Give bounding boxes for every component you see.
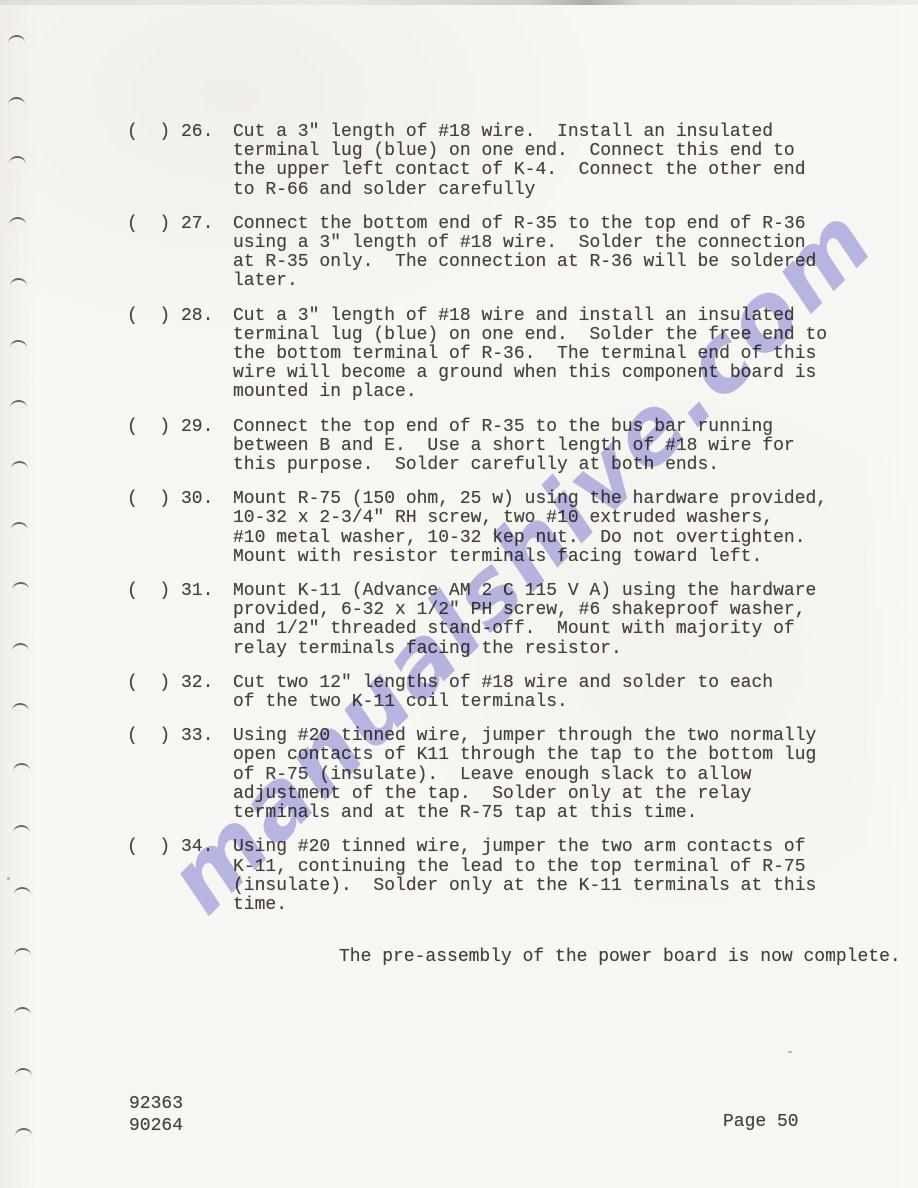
step-text-line: 10-32 x 2-3/4" RH screw, two #10 extrude… <box>233 509 827 528</box>
document-codes: 92363 90264 <box>129 1094 183 1137</box>
step-text-line: Mount with resistor terminals facing tow… <box>233 548 827 567</box>
scan-speck <box>788 1051 792 1053</box>
step-item: ( ) 33.Using #20 tinned wire, jumper thr… <box>127 727 878 823</box>
step-text: Mount R-75 (150 ohm, 25 w) using the har… <box>233 490 827 567</box>
binding-hole-mark <box>11 522 28 531</box>
step-text-line: #10 metal washer, 10-32 kep nut. Do not … <box>233 529 827 548</box>
binding-hole-mark <box>15 1128 32 1137</box>
step-text: Using #20 tinned wire, jumper the two ar… <box>233 838 816 915</box>
step-item: ( ) 27.Connect the bottom end of R-35 to… <box>127 215 878 292</box>
step-text-line: K-11, continuing the lead to the top ter… <box>233 858 816 877</box>
document-code-2: 90264 <box>129 1116 183 1138</box>
step-text-line: adjustment of the tap. Solder only at th… <box>233 785 816 804</box>
step-text-line: mounted in place. <box>233 383 827 402</box>
step-checkbox-and-number: ( ) 31. <box>127 582 233 659</box>
binding-hole-mark <box>10 278 27 286</box>
step-text: Using #20 tinned wire, jumper through th… <box>233 727 816 823</box>
step-checkbox-and-number: ( ) 26. <box>127 123 233 200</box>
step-text-line: Mount K-11 (Advance AM 2 C 115 V A) usin… <box>233 582 816 601</box>
step-item: ( ) 29.Connect the top end of R-35 to th… <box>127 418 878 476</box>
step-text-line: the bottom terminal of R-36. The termina… <box>233 345 827 364</box>
instruction-steps: ( ) 26.Cut a 3" length of #18 wire. Inst… <box>127 123 878 930</box>
step-checkbox-and-number: ( ) 28. <box>127 307 233 403</box>
binding-hole-mark <box>13 825 30 833</box>
step-text-line: between B and E. Use a short length of #… <box>233 437 795 456</box>
step-item: ( ) 28.Cut a 3" length of #18 wire and i… <box>127 307 878 403</box>
step-checkbox-and-number: ( ) 33. <box>127 727 233 823</box>
page-number: Page 50 <box>723 1112 799 1132</box>
step-text-line: Cut a 3" length of #18 wire and install … <box>233 307 827 326</box>
step-checkbox-and-number: ( ) 30. <box>127 490 233 567</box>
step-text-line: open contacts of K11 through the tap to … <box>233 746 816 765</box>
step-text-line: and 1/2" threaded stand-off. Mount with … <box>233 620 816 639</box>
step-item: ( ) 26.Cut a 3" length of #18 wire. Inst… <box>127 123 878 200</box>
step-text: Cut a 3" length of #18 wire. Install an … <box>233 123 806 200</box>
step-checkbox-and-number: ( ) 34. <box>127 838 233 915</box>
binding-hole-mark <box>12 643 29 651</box>
step-text-line: terminal lug (blue) on one end. Solder t… <box>233 326 827 345</box>
step-text: Mount K-11 (Advance AM 2 C 115 V A) usin… <box>233 582 816 659</box>
step-text-line: terminal lug (blue) on one end. Connect … <box>233 142 806 161</box>
step-text-line: Using #20 tinned wire, jumper the two ar… <box>233 838 816 857</box>
step-text-line: wire will become a ground when this comp… <box>233 364 827 383</box>
step-checkbox-and-number: ( ) 27. <box>127 215 233 292</box>
binding-hole-mark <box>12 703 29 712</box>
step-item: ( ) 32.Cut two 12" lengths of #18 wire a… <box>127 674 878 712</box>
closing-paragraph: The pre-assembly of the power board is n… <box>339 947 901 967</box>
step-text: Cut two 12" lengths of #18 wire and sold… <box>233 674 773 712</box>
binding-hole-mark <box>11 582 28 591</box>
scanned-page: manualshive.com ( ) 26.Cut a 3" length o… <box>0 0 918 1188</box>
binding-hole-mark <box>14 1007 31 1015</box>
step-text-line: at R-35 only. The connection at R-36 wil… <box>233 253 816 272</box>
binding-hole-mark <box>10 340 27 349</box>
step-checkbox-and-number: ( ) 29. <box>127 418 233 476</box>
binding-hole-mark <box>13 887 30 896</box>
binding-hole-mark <box>15 1068 32 1077</box>
step-text-line: Connect the bottom end of R-35 to the to… <box>233 215 816 234</box>
step-text-line: terminals and at the R-75 tap at this ti… <box>233 804 816 823</box>
step-text-line: this purpose. Solder carefully at both e… <box>233 456 795 475</box>
step-text: Connect the bottom end of R-35 to the to… <box>233 215 816 292</box>
step-text-line: Connect the top end of R-35 to the bus b… <box>233 418 795 437</box>
binding-hole-mark <box>14 948 31 957</box>
binding-hole-mark <box>10 400 27 409</box>
step-text-line: relay terminals facing the resistor. <box>233 640 816 659</box>
step-text: Cut a 3" length of #18 wire and install … <box>233 307 827 403</box>
step-item: ( ) 30.Mount R-75 (150 ohm, 25 w) using … <box>127 490 878 567</box>
document-code-1: 92363 <box>129 1094 183 1116</box>
step-text: Connect the top end of R-35 to the bus b… <box>233 418 795 476</box>
step-text-line: provided, 6-32 x 1/2" PH screw, #6 shake… <box>233 601 816 620</box>
step-text-line: to R-66 and solder carefully <box>233 181 806 200</box>
binding-hole-mark <box>9 156 26 165</box>
binding-hole-mark <box>11 461 28 469</box>
step-text-line: time. <box>233 896 816 915</box>
step-text-line: Cut two 12" lengths of #18 wire and sold… <box>233 674 773 693</box>
step-checkbox-and-number: ( ) 32. <box>127 674 233 712</box>
scan-speck <box>7 877 10 880</box>
step-text-line: using a 3" length of #18 wire. Solder th… <box>233 234 816 253</box>
step-text-line: later. <box>233 272 816 291</box>
binding-hole-mark <box>8 97 25 105</box>
step-item: ( ) 31.Mount K-11 (Advance AM 2 C 115 V … <box>127 582 878 659</box>
binding-hole-mark <box>13 763 30 772</box>
step-text-line: Using #20 tinned wire, jumper through th… <box>233 727 816 746</box>
step-text-line: the upper left contact of K-4. Connect t… <box>233 161 806 180</box>
step-text-line: (insulate). Solder only at the K-11 term… <box>233 877 816 896</box>
step-item: ( ) 34.Using #20 tinned wire, jumper the… <box>127 838 878 915</box>
scan-top-edge-artifact <box>0 0 918 5</box>
step-text-line: Cut a 3" length of #18 wire. Install an … <box>233 123 806 142</box>
step-text-line: of the two K-11 coil terminals. <box>233 693 773 712</box>
step-text-line: of R-75 (insulate). Leave enough slack t… <box>233 766 816 785</box>
step-text-line: Mount R-75 (150 ohm, 25 w) using the har… <box>233 490 827 509</box>
binding-hole-mark <box>8 35 25 44</box>
binding-hole-mark <box>9 217 26 226</box>
